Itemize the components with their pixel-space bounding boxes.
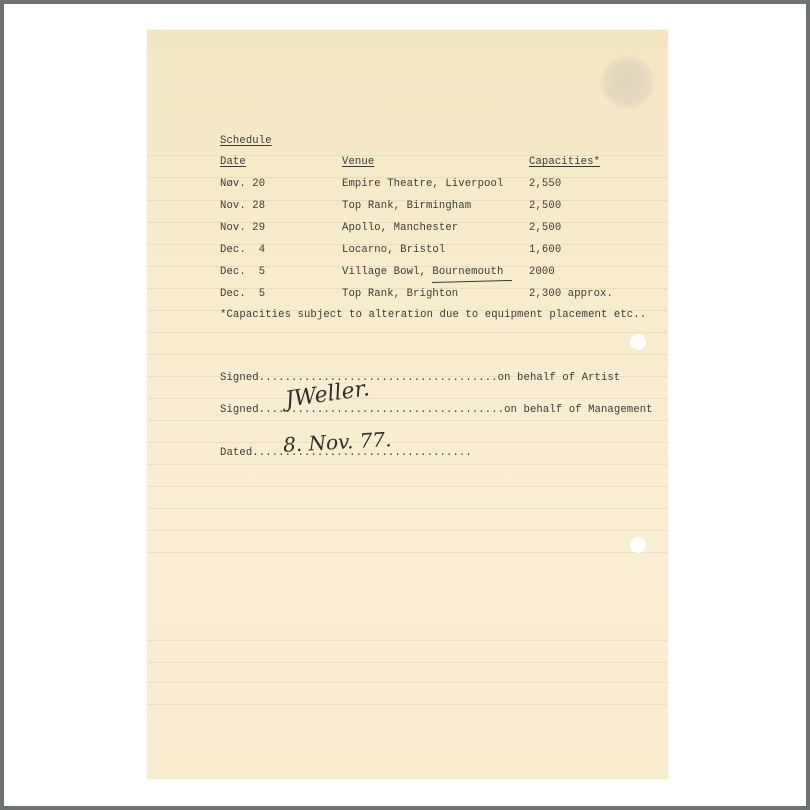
bleed-through-line (147, 704, 668, 705)
row-capacity: 1,600 (529, 244, 561, 256)
bleed-through-line (147, 640, 668, 641)
bleed-through-line (147, 508, 668, 509)
bleed-through-line (147, 398, 668, 399)
row-capacity: 2,550 (529, 178, 561, 190)
column-header-date: Date (220, 156, 246, 168)
row-date: Nov. 28 (220, 200, 265, 212)
signed-artist-line: Signed..................................… (220, 372, 620, 384)
bleed-through-line (147, 354, 668, 355)
column-header-venue: Venue (342, 156, 374, 168)
bleed-through-line (147, 530, 668, 531)
bleed-through-line (147, 332, 668, 333)
bleed-through-line (147, 682, 668, 683)
row-date: Dec. 5 (220, 288, 265, 300)
row-venue: Top Rank, Brighton (342, 288, 458, 300)
row-venue: Empire Theatre, Liverpool (342, 178, 503, 190)
row-date: Nov. 29 (220, 222, 265, 234)
schedule-title: Schedule (220, 135, 272, 147)
row-venue: Apollo, Manchester (342, 222, 458, 234)
row-capacity: 2,300 approx. (529, 288, 613, 300)
signed-management-line: Signed..................................… (220, 404, 653, 416)
bleed-through-line (147, 552, 668, 553)
column-header-capacity: Capacities* (529, 156, 600, 168)
bleed-through-line (147, 442, 668, 443)
faded-stamp-logo (600, 55, 655, 110)
row-venue: Village Bowl, Bournemouth (342, 266, 503, 278)
bleed-through-line (147, 420, 668, 421)
dated-line: Dated.................................. (220, 447, 472, 459)
row-venue: Locarno, Bristol (342, 244, 445, 256)
row-capacity: 2,500 (529, 222, 561, 234)
row-capacity: 2,500 (529, 200, 561, 212)
bleed-through-line (147, 464, 668, 465)
row-capacity: 2000 (529, 266, 555, 278)
row-date: Dec. 4 (220, 244, 265, 256)
punch-hole (630, 334, 646, 350)
row-date: Dec. 5 (220, 266, 265, 278)
row-date: Nøv. 20 (220, 178, 265, 190)
bleed-through-line (147, 486, 668, 487)
capacity-footnote: *Capacities subject to alteration due to… (220, 309, 646, 321)
bleed-through-line (147, 662, 668, 663)
punch-hole (630, 537, 646, 553)
row-venue: Top Rank, Birmingham (342, 200, 471, 212)
